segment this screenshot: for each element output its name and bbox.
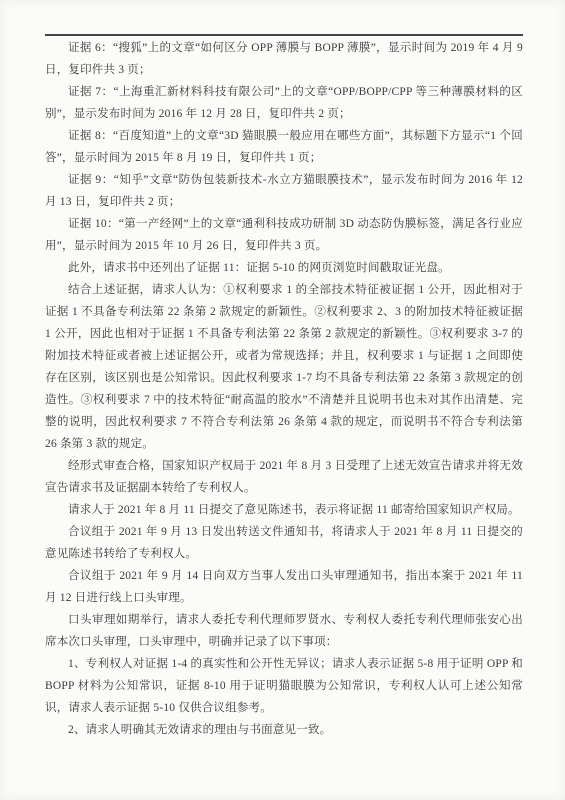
header-rule-divider <box>45 34 523 36</box>
paragraph: 证据 9：“知乎”文章“防伪包装新技术-水立方猫眼膜技术”，显示发布时间为 20… <box>45 169 523 213</box>
paragraph: 1、专利权人对证据 1-4 的真实性和公开性无异议；请求人表示证据 5-8 用于… <box>45 653 523 719</box>
paragraph: 合议组于 2021 年 9 月 13 日发出转送文件通知书，将请求人于 2021… <box>45 521 523 565</box>
paragraph: 证据 8：“百度知道”上的文章“3D 猫眼膜一般应用在哪些方面”，其标题下方显示… <box>45 125 523 169</box>
paragraph: 经形式审查合格，国家知识产权局于 2021 年 8 月 3 日受理了上述无效宣告… <box>45 455 523 499</box>
paragraph: 结合上述证据，请求人认为：①权利要求 1 的全部技术特征被证据 1 公开，因此相… <box>45 279 523 455</box>
paragraph: 证据 6：“搜狐”上的文章“如何区分 OPP 薄膜与 BOPP 薄膜”，显示时间… <box>45 37 523 81</box>
scanned-document-page: 证据 6：“搜狐”上的文章“如何区分 OPP 薄膜与 BOPP 薄膜”，显示时间… <box>0 0 565 800</box>
paragraph: 口头审理如期举行，请求人委托专利代理师罗贤水、专利权人委托专利代理师张安心出席本… <box>45 609 523 653</box>
paragraph: 证据 10：“第一产经网”上的文章“通利科技成功研制 3D 动态防伪膜标签，满足… <box>45 213 523 257</box>
paragraph: 2、请求人明确其无效请求的理由与书面意见一致。 <box>45 719 523 741</box>
paragraph: 证据 7：“上海重汇新材料科技有限公司”上的文章“OPP/BOPP/CPP 等三… <box>45 81 523 125</box>
paragraph: 请求人于 2021 年 8 月 11 日提交了意见陈述书，表示将证据 11 邮寄… <box>45 499 523 521</box>
paragraph: 此外，请求书中还列出了证据 11：证据 5-10 的网页浏览时间戳取证光盘。 <box>45 257 523 279</box>
paragraph: 合议组于 2021 年 9 月 14 日向双方当事人发出口头审理通知书，指出本案… <box>45 565 523 609</box>
document-body: 证据 6：“搜狐”上的文章“如何区分 OPP 薄膜与 BOPP 薄膜”，显示时间… <box>45 37 523 741</box>
